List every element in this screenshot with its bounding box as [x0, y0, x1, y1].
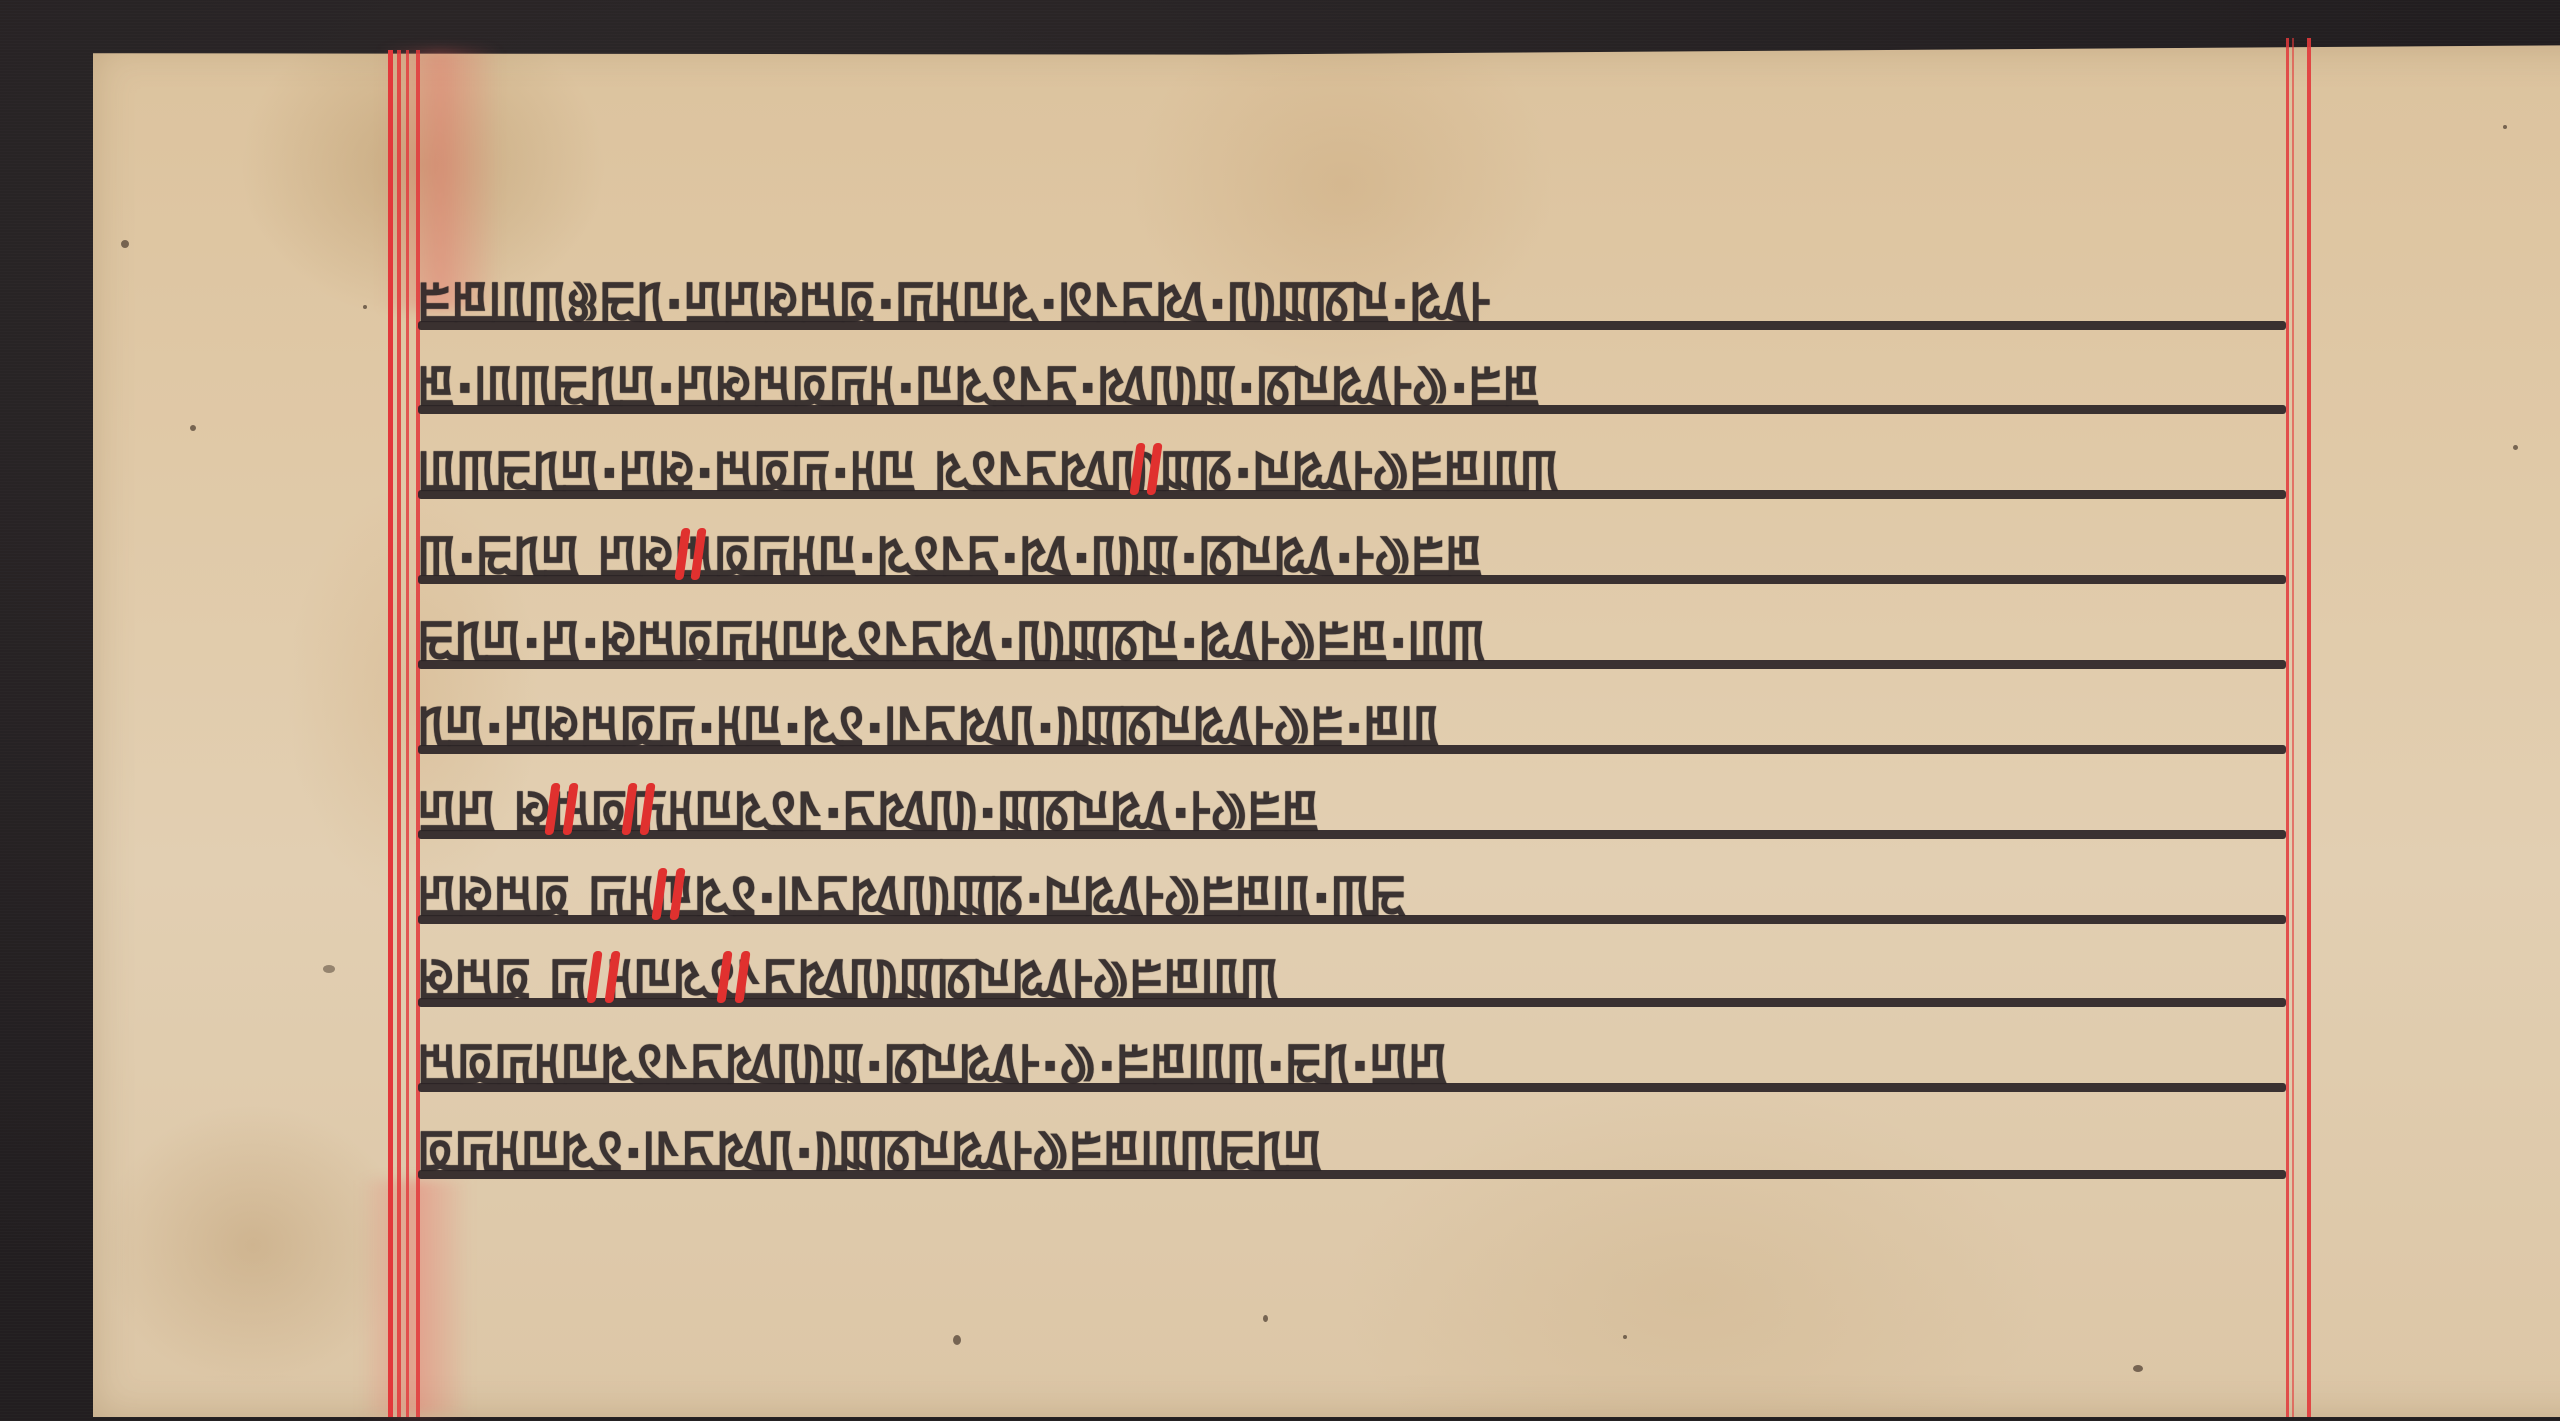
paper-speckle [190, 425, 196, 431]
paper-speckle [323, 965, 335, 973]
manuscript-line: ꡔꡖꡘꡚꡜꡞ·ꡠꡢꡤꡦ·ꡨꡪꡬꡮꡰꡲ꡴ꡀꡂꡄꡆꡈꡊꡌ [418, 1117, 2286, 1187]
right-margin-rule [2307, 38, 2311, 1417]
line-script-text: ꡄꡆꡈꡊꡌ·ꡎꡐ·ꡒꡔꡖ·ꡘꡚ ꡜꡞꡠꡢꡤꡦꡨꡪꡬ·ꡮꡰꡲ꡴ꡀꡂꡄꡆ [418, 437, 2286, 507]
paper-speckle [2133, 1365, 2143, 1372]
paper-speckle [2503, 125, 2507, 129]
left-margin-rule [406, 50, 409, 1417]
manuscript-line: ꡄꡆꡈꡊꡌ·ꡎꡐ·ꡒꡔꡖ·ꡘꡚ ꡜꡞꡠꡢꡤꡦꡨꡪꡬ·ꡮꡰꡲ꡴ꡀꡂꡄꡆ [418, 437, 2286, 507]
paper-speckle [953, 1335, 961, 1345]
left-margin-rule [397, 50, 401, 1417]
line-script-text: ꡒꡔꡖꡘꡚꡜꡞꡠꡢꡤꡦꡨꡪ·ꡬꡮꡰꡲ·꡴·ꡀꡂꡄꡆ·ꡈꡊ·ꡌꡎ [418, 1030, 2286, 1100]
paper-speckle [2513, 445, 2518, 450]
line-script-text: ꡌꡎ ꡐꡒꡔꡖꡘꡚꡜꡞꡠ·ꡢꡤꡦꡨ·ꡪꡬꡮꡰ·ꡲ꡴ꡀꡂ [418, 777, 2286, 847]
right-margin-rule [2292, 38, 2294, 1417]
manuscript-line: ꡆ·ꡈꡊꡌ ꡎꡐꡒꡔꡖꡘꡚ·ꡜꡞꡠꡢ·ꡤ·ꡦꡨꡪ·ꡬꡮꡰ·ꡲ꡴ꡀꡂ [418, 522, 2286, 592]
line-script-text: ꡊꡌ·ꡎꡐꡒꡔꡖ·ꡘꡚ·ꡜꡞ·ꡠꡢꡤꡦ·ꡨꡪꡬꡮꡰꡲ꡴ꡀ·ꡂꡄ [418, 692, 2286, 762]
paper-speckle [1623, 1335, 1627, 1339]
red-margin-wash-bottom [360, 1180, 470, 1415]
line-script-text: ꡐꡒꡔ ꡖ ꡘꡚꡜꡞꡠꡢꡤꡦꡨꡪꡬꡮꡰꡲ꡴ꡀꡂꡄꡆ [418, 945, 2286, 1015]
paper-speckle [121, 240, 129, 248]
manuscript-line: ꡒꡔꡖꡘꡚꡜꡞꡠꡢꡤꡦꡨꡪ·ꡬꡮꡰꡲ·꡴·ꡀꡂꡄꡆ·ꡈꡊ·ꡌꡎ [418, 1030, 2286, 1100]
left-margin-rule [388, 50, 393, 1417]
manuscript-line: ꡀꡂꡄꡆ꡵ꡈꡊ·ꡌꡎꡐꡒꡔ·ꡖꡘꡚꡜ·ꡞꡠꡢꡤ·ꡦꡨꡪꡬꡮ·ꡰꡲ [418, 268, 2286, 338]
manuscript-line: ꡎꡐꡒꡔ ꡖꡘꡚꡜꡞ·ꡠꡢꡤꡦꡨꡪꡬ·ꡮꡰꡲ꡴ꡀꡂꡄ·ꡆꡈ [418, 862, 2286, 932]
manuscript-line: ꡂ·ꡄꡆꡈꡊꡌ·ꡎꡐꡒꡔꡖꡘ·ꡚꡜꡞꡠꡢ·ꡤꡦꡨꡪ·ꡬꡮꡰꡲ꡴·ꡀꡂ [418, 352, 2286, 422]
manuscript-line: ꡐꡒꡔ ꡖ ꡘꡚꡜꡞꡠꡢꡤꡦꡨꡪꡬꡮꡰꡲ꡴ꡀꡂꡄꡆ [418, 945, 2286, 1015]
right-margin-rule [2286, 38, 2289, 1417]
line-script-text: ꡎꡐꡒꡔ ꡖꡘꡚꡜꡞ·ꡠꡢꡤꡦꡨꡪꡬ·ꡮꡰꡲ꡴ꡀꡂꡄ·ꡆꡈ [418, 862, 2286, 932]
paper-speckle [363, 305, 367, 309]
line-script-text: ꡀꡂꡄꡆ꡵ꡈꡊ·ꡌꡎꡐꡒꡔ·ꡖꡘꡚꡜ·ꡞꡠꡢꡤ·ꡦꡨꡪꡬꡮ·ꡰꡲ [418, 268, 2286, 338]
line-script-text: ꡈꡊꡌ·ꡎ·ꡐꡒꡔꡖꡘꡚꡜꡞꡠꡢꡤ·ꡦꡨꡪꡬꡮ·ꡰꡲ꡴ꡀꡂ·ꡄꡆ [418, 607, 2286, 677]
line-script-text: ꡔꡖꡘꡚꡜꡞ·ꡠꡢꡤꡦ·ꡨꡪꡬꡮꡰꡲ꡴ꡀꡂꡄꡆꡈꡊꡌ [418, 1117, 2286, 1187]
manuscript-line: ꡈꡊꡌ·ꡎ·ꡐꡒꡔꡖꡘꡚꡜꡞꡠꡢꡤ·ꡦꡨꡪꡬꡮ·ꡰꡲ꡴ꡀꡂ·ꡄꡆ [418, 607, 2286, 677]
manuscript-line: ꡌꡎ ꡐꡒꡔꡖꡘꡚꡜꡞꡠ·ꡢꡤꡦꡨ·ꡪꡬꡮꡰ·ꡲ꡴ꡀꡂ [418, 777, 2286, 847]
manuscript-line: ꡊꡌ·ꡎꡐꡒꡔꡖ·ꡘꡚ·ꡜꡞ·ꡠꡢꡤꡦ·ꡨꡪꡬꡮꡰꡲ꡴ꡀ·ꡂꡄ [418, 692, 2286, 762]
line-script-text: ꡂ·ꡄꡆꡈꡊꡌ·ꡎꡐꡒꡔꡖꡘ·ꡚꡜꡞꡠꡢ·ꡤꡦꡨꡪ·ꡬꡮꡰꡲ꡴·ꡀꡂ [418, 352, 2286, 422]
paper-speckle [1263, 1315, 1268, 1322]
